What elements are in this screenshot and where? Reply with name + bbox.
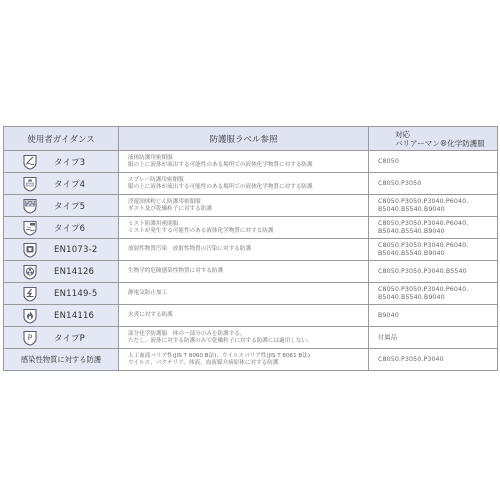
partial-protection-icon: P bbox=[22, 330, 38, 346]
guidance-cell: タイプ5 bbox=[4, 195, 119, 217]
description-cell: ミスト防護用密閉服 ミストが発生する可能性のある液体化学物質に対する防護 bbox=[119, 217, 369, 239]
models-line: C8050.P3050.P3040.P6040. bbox=[378, 220, 497, 228]
description-line: 部分化学防護服 体の一部分のみを防護する。 bbox=[128, 331, 368, 338]
guidance-label: タイプ4 bbox=[54, 178, 85, 190]
models-line: B5040.B5540.B9040 bbox=[378, 294, 497, 302]
radioactive-icon bbox=[22, 242, 38, 258]
description-line: ミストが発生する可能性のある液体化学物質に対する防護 bbox=[128, 228, 368, 235]
header-compatible-line2: バリアーマン®化学防護服 bbox=[395, 139, 497, 148]
description-line: ウイルス、バクテリア、体液、血液媒介病原体に対する防護 bbox=[128, 360, 368, 367]
guidance-label: EN1073-2 bbox=[54, 245, 97, 255]
models-cell: C8050.P3050.P3040.B5540 bbox=[369, 261, 498, 283]
models-cell: C8050 bbox=[369, 151, 498, 173]
description-line: 放射性物質汚染 放射性物質の汚染に対する防護 bbox=[128, 246, 368, 253]
description-line: 生物学的危険感染性物質に対する防護 bbox=[128, 268, 368, 275]
description-line: 人工血液バリア性(JIS T 8060 B法)、ウイルスバリア性(JIS T 8… bbox=[128, 353, 368, 360]
models-cell: C8050.P3050.P3040.P6040. B5040.B5540.B90… bbox=[369, 195, 498, 217]
description-cell: 部分化学防護服 体の一部分のみを防護する。 ただし、液体に対する防護のみで乾燥粒… bbox=[119, 327, 369, 349]
liquid-jet-icon bbox=[22, 154, 38, 170]
models-line: C8050.P3050.P3040 bbox=[378, 356, 497, 364]
models-cell: 付属品 bbox=[369, 327, 498, 349]
description-cell: 人工血液バリア性(JIS T 8060 B法)、ウイルスバリア性(JIS T 8… bbox=[119, 349, 369, 371]
guidance-cell: タイプ6 bbox=[4, 217, 119, 239]
header-compatible-models: 対応 バリアーマン®化学防護服 bbox=[369, 127, 498, 151]
table-row: タイプ6 ミスト防護用密閉服 ミストが発生する可能性のある液体化学物質に対する防… bbox=[4, 217, 498, 239]
guidance-label: EN1149-5 bbox=[54, 289, 97, 299]
header-compatible-line1: 対応 bbox=[395, 130, 497, 139]
guidance-cell: EN14116 bbox=[4, 305, 119, 327]
description-cell: 液体防護用密閉服 服の上に液体が流出する可能性のある場所での液体化学物質に対する… bbox=[119, 151, 369, 173]
models-cell: C8050.P3050 bbox=[369, 173, 498, 195]
models-line: C8050.P3050.P3040.P6040. bbox=[378, 242, 497, 250]
models-line: B5040.B5540.B9040 bbox=[378, 228, 497, 236]
models-line: B5040.B5540.B9040 bbox=[378, 250, 497, 258]
models-line: B9040 bbox=[378, 312, 497, 320]
guidance-label: タイプ3 bbox=[54, 156, 85, 168]
biohazard-icon bbox=[22, 264, 38, 280]
svg-text:P: P bbox=[28, 333, 33, 342]
description-line: 浮遊固体粉じん防護用密閉服 bbox=[128, 199, 368, 206]
header-label-reference: 防護服ラベル参照 bbox=[119, 127, 369, 151]
table-row: EN14126 生物学的危険感染性物質に対する防護 C8050.P3050.P3… bbox=[4, 261, 498, 283]
description-line: スプレー防護用密閉服 bbox=[128, 177, 368, 184]
description-line: ダスト及び乾燥粒子に対する防護 bbox=[128, 206, 368, 213]
description-line: ただし、液体に対する防護のみで乾燥粒子に対する防護には適用しない。 bbox=[128, 338, 368, 345]
antistatic-icon bbox=[22, 286, 38, 302]
table-row: EN1073-2 放射性物質汚染 放射性物質の汚染に対する防護 C8050.P3… bbox=[4, 239, 498, 261]
description-cell: 火炎に対する防護 bbox=[119, 305, 369, 327]
table-row-infectious: 感染性物質に対する防護 人工血液バリア性(JIS T 8060 B法)、ウイルス… bbox=[4, 349, 498, 371]
description-line: ミスト防護用密閉服 bbox=[128, 221, 368, 228]
flame-icon bbox=[22, 308, 38, 324]
guidance-cell: タイプ3 bbox=[4, 151, 119, 173]
table-row: EN14116 火炎に対する防護 B9040 bbox=[4, 305, 498, 327]
guidance-cell: EN1149-5 bbox=[4, 283, 119, 305]
models-cell: C8050.P3050.P3040 bbox=[369, 349, 498, 371]
description-line: 静電気防止加工 bbox=[128, 290, 368, 297]
description-line: 服の上に液体が流出する可能性のある場所での液体化学物質に対する防護 bbox=[128, 162, 368, 169]
models-line: B5040.B5540.B9040 bbox=[378, 206, 497, 214]
guidance-label: EN14116 bbox=[54, 311, 94, 321]
models-line: C8050.P3050.P3040.P6040. bbox=[378, 198, 497, 206]
models-line: C8050 bbox=[378, 158, 497, 166]
guidance-cell: タイプ4 bbox=[4, 173, 119, 195]
guidance-cell: EN14126 bbox=[4, 261, 119, 283]
table-row: タイプ4 スプレー防護用密閉服 服の上に液体が流出する可能性のある場所での液体化… bbox=[4, 173, 498, 195]
description-cell: 静電気防止加工 bbox=[119, 283, 369, 305]
description-cell: 浮遊固体粉じん防護用密閉服 ダスト及び乾燥粒子に対する防護 bbox=[119, 195, 369, 217]
description-cell: スプレー防護用密閉服 服の上に液体が流出する可能性のある場所での液体化学物質に対… bbox=[119, 173, 369, 195]
models-cell: C8050.P3050.P3040.P6040. B5040.B5540.B90… bbox=[369, 283, 498, 305]
description-cell: 生物学的危険感染性物質に対する防護 bbox=[119, 261, 369, 283]
models-line: C8050.P3050.P3040.P6040. bbox=[378, 286, 497, 294]
spray-icon bbox=[22, 176, 38, 192]
guidance-label: EN14126 bbox=[54, 267, 94, 277]
models-line: C8050.P3050 bbox=[378, 180, 497, 188]
models-cell: C8050.P3050.P3040.P6040. B5040.B5540.B90… bbox=[369, 217, 498, 239]
table-header-row: 使用者ガイダンス 防護服ラベル参照 対応 バリアーマン®化学防護服 bbox=[4, 127, 498, 151]
models-line: 付属品 bbox=[378, 334, 497, 342]
guidance-label: タイプP bbox=[54, 332, 85, 344]
guidance-cell-infectious: 感染性物質に対する防護 bbox=[4, 349, 119, 371]
guidance-cell: P タイプP bbox=[4, 327, 119, 349]
header-guidance: 使用者ガイダンス bbox=[4, 127, 119, 151]
models-cell: C8050.P3050.P3040.P6040. B5040.B5540.B90… bbox=[369, 239, 498, 261]
description-line: 火炎に対する防護 bbox=[128, 312, 368, 319]
dust-particle-icon bbox=[22, 198, 38, 214]
protective-clothing-table: 使用者ガイダンス 防護服ラベル参照 対応 バリアーマン®化学防護服 タイプ3 液… bbox=[3, 126, 498, 371]
models-line: C8050.P3050.P3040.B5540 bbox=[378, 268, 497, 276]
mist-icon bbox=[22, 220, 38, 236]
description-line: 液体防護用密閉服 bbox=[128, 155, 368, 162]
guidance-label: タイプ5 bbox=[54, 200, 85, 212]
guidance-label: タイプ6 bbox=[54, 222, 85, 234]
table-row: P タイプP 部分化学防護服 体の一部分のみを防護する。 ただし、液体に対する防… bbox=[4, 327, 498, 349]
table-row: タイプ5 浮遊固体粉じん防護用密閉服 ダスト及び乾燥粒子に対する防護 C8050… bbox=[4, 195, 498, 217]
description-cell: 放射性物質汚染 放射性物質の汚染に対する防護 bbox=[119, 239, 369, 261]
table-row: EN1149-5 静電気防止加工 C8050.P3050.P3040.P6040… bbox=[4, 283, 498, 305]
table-row: タイプ3 液体防護用密閉服 服の上に液体が流出する可能性のある場所での液体化学物… bbox=[4, 151, 498, 173]
guidance-cell: EN1073-2 bbox=[4, 239, 119, 261]
models-cell: B9040 bbox=[369, 305, 498, 327]
description-line: 服の上に液体が流出する可能性のある場所での液体化学物質に対する防護 bbox=[128, 184, 368, 191]
